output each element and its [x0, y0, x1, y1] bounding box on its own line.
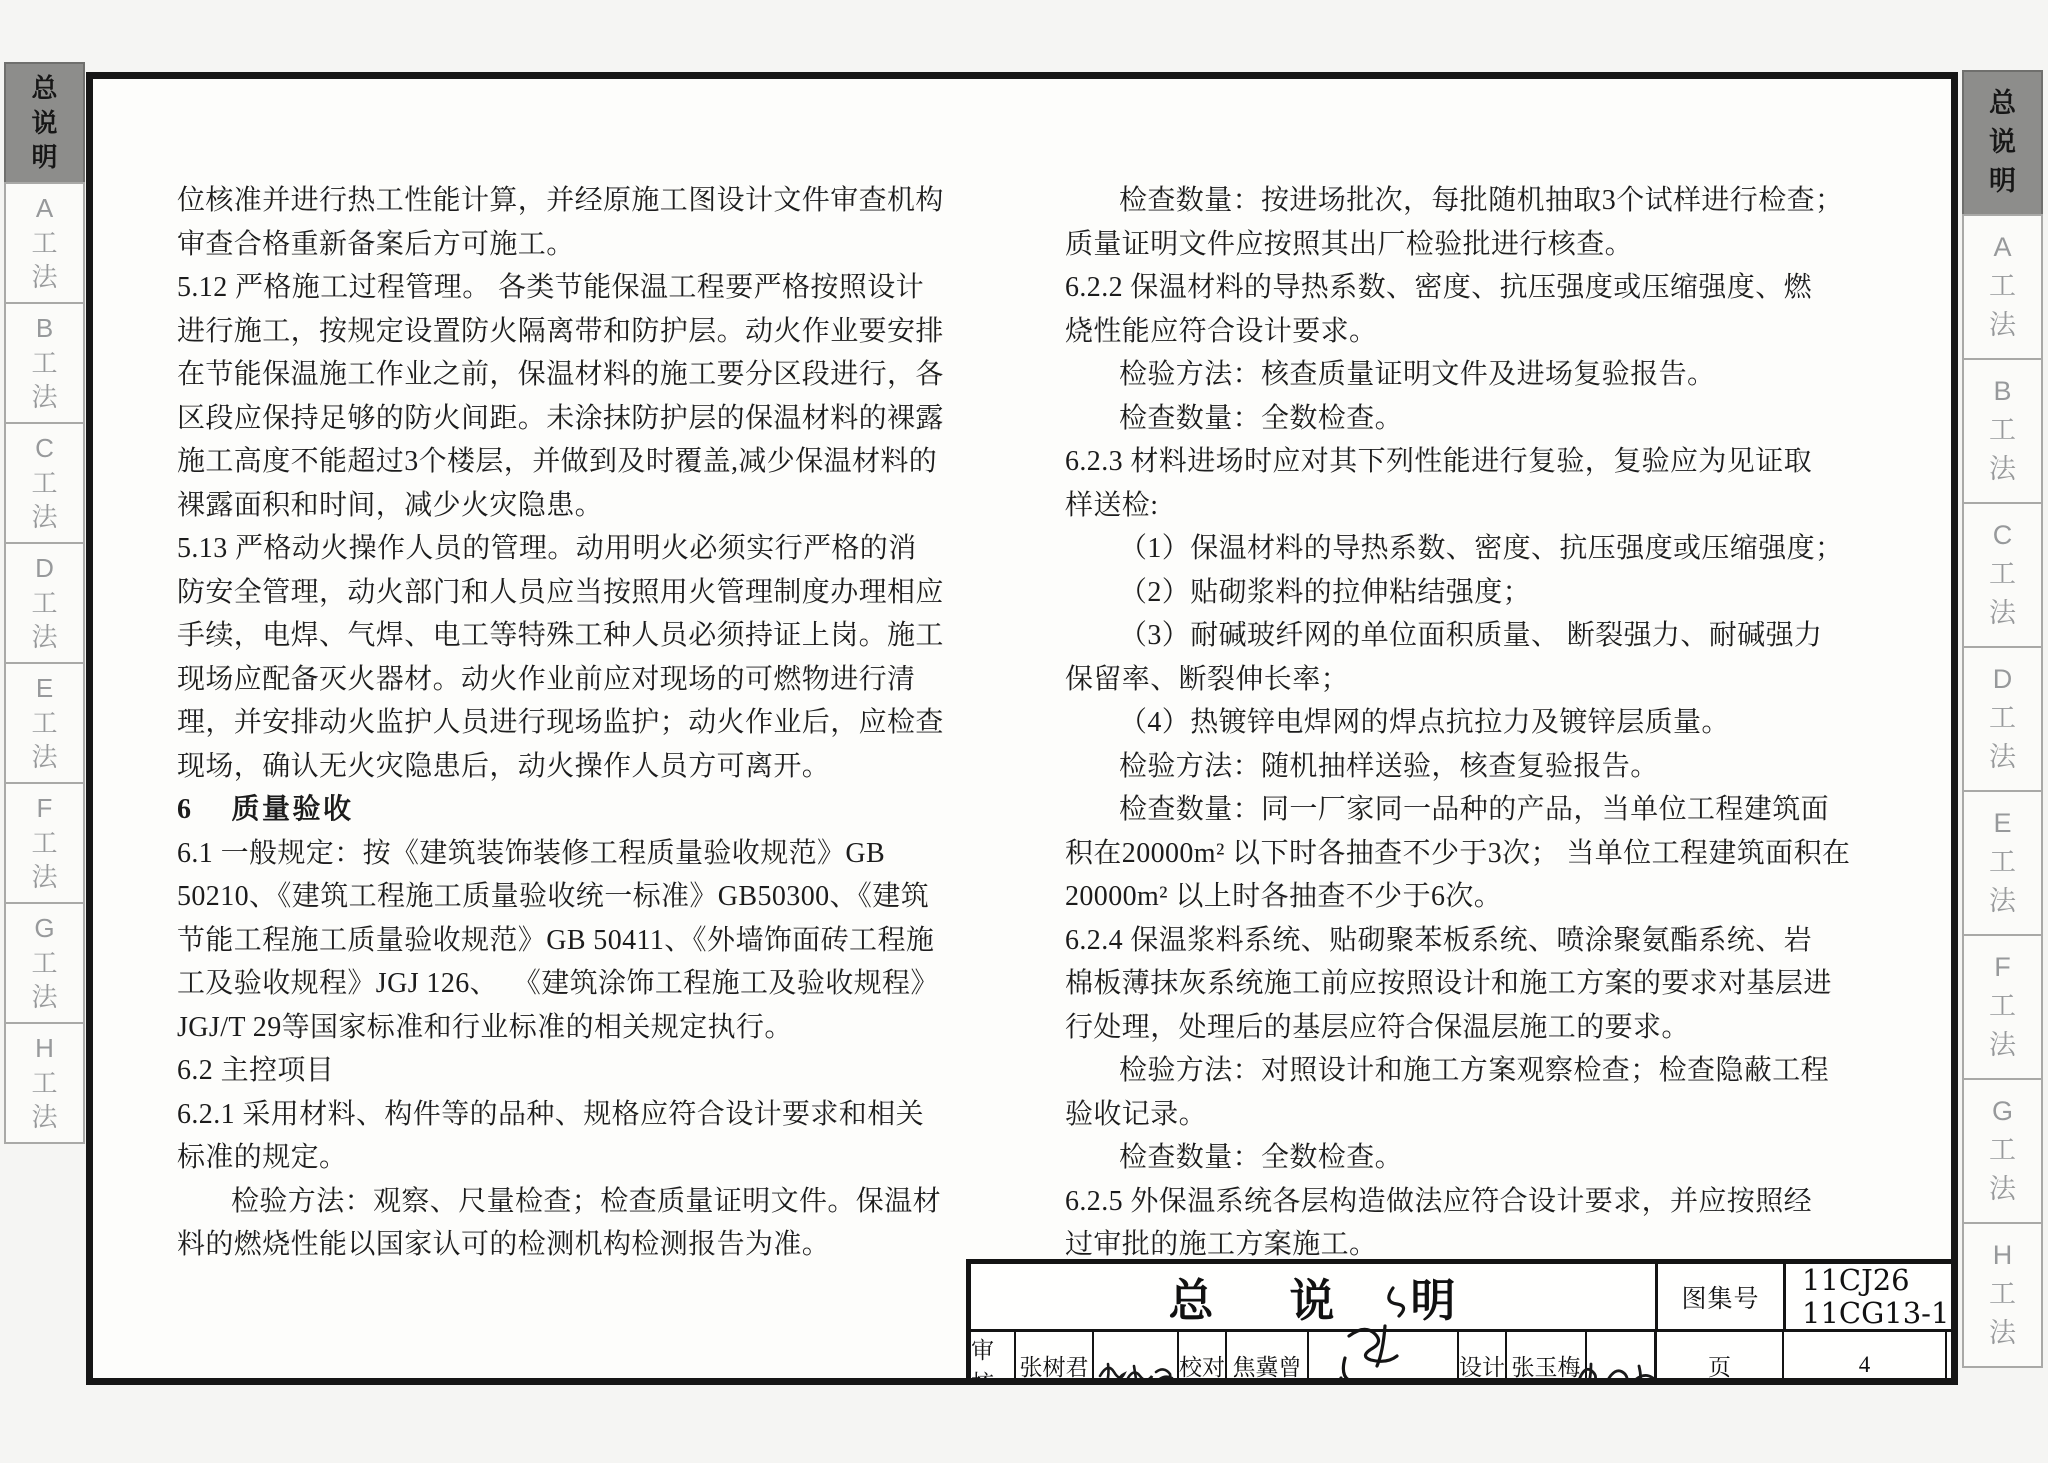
index-tab-char: 工 [31, 709, 57, 738]
index-tab-char: 工 [31, 829, 57, 858]
text-line: 检验方法：核查质量证明文件及进场复验报告。 [1065, 353, 1850, 397]
text-line: 检查数量：全数检查。 [1065, 1136, 1850, 1180]
text-line: （4）热镀锌电焊网的焊点抗拉力及镀锌层质量。 [1065, 701, 1850, 745]
proofreader-signature-cell [1309, 1332, 1459, 1385]
right-index-tab-strip: 总说明A工法B工法C工法D工法E工法F工法G工法H工法 [1962, 72, 2043, 1368]
text-line: 检验方法：对照设计和施工方案观察检查；检查隐蔽工程 [1065, 1049, 1850, 1093]
index-tab-A工法: A工法 [4, 182, 85, 304]
index-tab-char: H [1993, 1241, 2013, 1271]
index-tab-char: 总 [31, 74, 57, 103]
index-tab-B工法: B工法 [1962, 358, 2043, 504]
index-tab-char: 工 [31, 469, 57, 498]
index-tab-A工法: A工法 [1962, 214, 2043, 360]
index-tab-char: D [1993, 665, 2013, 695]
text-line: 行处理，处理后的基层应符合保温层施工的要求。 [1065, 1006, 1850, 1050]
text-line: 6.2.5 外保温系统各层构造做法应符合设计要求，并应按照经 [1065, 1180, 1850, 1224]
text-line: 手续，电焊、气焊、电工等特殊工种人员必须持证上岗。施工 [177, 614, 944, 658]
index-tab-char: C [1993, 521, 2013, 551]
index-tab-char: C [35, 434, 54, 463]
text-line: （3）耐碱玻纤网的单位面积质量、 断裂强力、耐碱强力 [1065, 614, 1850, 658]
index-tab-总说明: 总说明 [4, 62, 85, 184]
index-tab-char: 工 [1989, 1280, 2016, 1310]
index-tab-char: 法 [1989, 1319, 2016, 1349]
index-tab-F工法: F工法 [1962, 934, 2043, 1080]
text-line: 进行施工，按规定设置防火隔离带和防护层。动火作业要安排 [177, 310, 944, 354]
text-line: 区段应保持足够的防火间距。未涂抹防护层的保温材料的裸露 [177, 397, 944, 441]
text-line: 施工高度不能超过3个楼层，并做到及时覆盖,减少保温材料的 [177, 440, 944, 484]
designer-label: 设计 [1459, 1332, 1507, 1385]
index-tab-H工法: H工法 [4, 1022, 85, 1144]
atlas-number-value: 11CJ26 11CG13-1 [1786, 1264, 1951, 1329]
index-tab-char: 法 [1989, 1031, 2016, 1061]
text-line: 验收记录。 [1065, 1093, 1850, 1137]
index-tab-D工法: D工法 [1962, 646, 2043, 792]
text-line: 质量证明文件应按照其出厂检验批进行核查。 [1065, 223, 1850, 267]
text-line: 6.2.2 保温材料的导热系数、密度、抗压强度或压缩强度、燃 [1065, 266, 1850, 310]
index-tab-C工法: C工法 [1962, 502, 2043, 648]
text-line: 标准的规定。 [177, 1136, 944, 1180]
text-line: （1）保温材料的导热系数、密度、抗压强度或压缩强度； [1065, 527, 1850, 571]
text-line: 裸露面积和时间，减少火灾隐患。 [177, 484, 944, 528]
index-tab-char: 说 [1989, 128, 2016, 158]
index-tab-char: 明 [1989, 167, 2016, 197]
index-tab-D工法: D工法 [4, 542, 85, 664]
index-tab-总说明: 总说明 [1962, 70, 2043, 216]
index-tab-char: 法 [1989, 1175, 2016, 1205]
text-line: 料的燃烧性能以国家认可的检测机构检测报告为准。 [177, 1223, 944, 1267]
left-index-tab-strip: 总说明A工法B工法C工法D工法E工法F工法G工法H工法 [4, 64, 85, 1144]
text-line: （2）贴砌浆料的拉伸粘结强度； [1065, 571, 1850, 615]
right-text-column: 检查数量：按进场批次，每批随机抽取3个试样进行检查；质量证明文件应按照其出厂检验… [1065, 179, 1850, 1267]
index-tab-char: A [1993, 233, 2011, 263]
index-tab-char: 工 [1989, 416, 2016, 446]
index-tab-char: G [1992, 1097, 2013, 1127]
index-tab-char: 法 [1989, 887, 2016, 917]
index-tab-char: 法 [31, 263, 57, 292]
text-line: 6.2.1 采用材料、构件等的品种、规格应符合设计要求和相关 [177, 1093, 944, 1137]
index-tab-char: 法 [31, 743, 57, 772]
index-tab-char: F [1994, 953, 2011, 983]
index-tab-char: 法 [1989, 455, 2016, 485]
text-line: 积在20000m² 以下时各抽查不少于3次； 当单位工程建筑面积在 [1065, 832, 1850, 876]
index-tab-char: 说 [31, 109, 57, 138]
index-tab-char: 工 [31, 589, 57, 618]
index-tab-char: E [1993, 809, 2011, 839]
atlas-number-line1: 11CJ26 [1802, 1264, 1910, 1296]
text-line: 6.2 主控项目 [177, 1049, 944, 1093]
title-block-top-row: 总 说 明 图集号 11CJ26 11CG13-1 [971, 1264, 1951, 1332]
index-tab-B工法: B工法 [4, 302, 85, 424]
text-line: 检验方法：随机抽样送验，核查复验报告。 [1065, 745, 1850, 789]
index-tab-char: 法 [1989, 743, 2016, 773]
text-line: 现场应配备灭火器材。动火作业前应对现场的可燃物进行清 [177, 658, 944, 702]
page-label: 页 [1656, 1332, 1784, 1385]
index-tab-G工法: G工法 [4, 902, 85, 1024]
text-line: 6 质量验收 [177, 788, 944, 832]
text-line: 位核准并进行热工性能计算，并经原施工图设计文件审查机构 [177, 179, 944, 223]
proofreader-name: 焦冀曾 [1227, 1332, 1309, 1385]
reviewer-label: 审核 [971, 1332, 1016, 1385]
index-tab-char: 法 [31, 983, 57, 1012]
text-line: 在节能保温施工作业之前，保温材料的施工要分区段进行，各 [177, 353, 944, 397]
proofreader-signature [1301, 1282, 1451, 1385]
title-block: 总 说 明 图集号 11CJ26 11CG13-1 审核 张树君 校对 焦 [966, 1259, 1951, 1378]
left-text-column: 位核准并进行热工性能计算，并经原施工图设计文件审查机构审查合格重新备案后方可施工… [177, 179, 944, 1267]
text-line: 现场，确认无火灾隐患后，动火操作人员方可离开。 [177, 745, 944, 789]
index-tab-char: 工 [1989, 560, 2016, 590]
index-tab-E工法: E工法 [4, 662, 85, 784]
index-tab-char: F [37, 794, 53, 823]
text-line: 检查数量：按进场批次，每批随机抽取3个试样进行检查； [1065, 179, 1850, 223]
index-tab-char: 法 [1989, 599, 2016, 629]
index-tab-char: G [34, 914, 54, 943]
text-line: 烧性能应符合设计要求。 [1065, 310, 1850, 354]
text-line: 6.2.3 材料进场时应对其下列性能进行复验，复验应为见证取 [1065, 440, 1850, 484]
title-block-bottom-row: 审核 张树君 校对 焦冀曾 [971, 1332, 1951, 1385]
page-number: 4 [1784, 1332, 1947, 1385]
drawing-frame: 位核准并进行热工性能计算，并经原施工图设计文件审查机构审查合格重新备案后方可施工… [86, 72, 1958, 1385]
index-tab-char: 工 [31, 949, 57, 978]
text-line: 20000m² 以上时各抽查不少于6次。 [1065, 875, 1850, 919]
text-line: 检验方法：观察、尺量检查；检查质量证明文件。保温材 [177, 1180, 944, 1224]
index-tab-E工法: E工法 [1962, 790, 2043, 936]
text-line: 6.1 一般规定：按《建筑装饰装修工程质量验收规范》GB [177, 832, 944, 876]
index-tab-char: 工 [1989, 848, 2016, 878]
atlas-number-label: 图集号 [1658, 1264, 1786, 1329]
text-line: 棉板薄抹灰系统施工前应按照设计和施工方案的要求对基层进 [1065, 962, 1850, 1006]
text-line: 节能工程施工质量验收规范》GB 50411、《外墙饰面砖工程施 [177, 919, 944, 963]
index-tab-char: 明 [31, 143, 57, 172]
index-tab-C工法: C工法 [4, 422, 85, 544]
index-tab-F工法: F工法 [4, 782, 85, 904]
index-tab-char: 法 [31, 503, 57, 532]
text-line: JGJ/T 29等国家标准和行业标准的相关规定执行。 [177, 1006, 944, 1050]
index-tab-char: 工 [1989, 1136, 2016, 1166]
text-line: 检查数量：全数检查。 [1065, 397, 1850, 441]
reviewer-name: 张树君 [1016, 1332, 1094, 1385]
index-tab-char: 法 [31, 623, 57, 652]
index-tab-char: 法 [31, 383, 57, 412]
text-line: 50210、《建筑工程施工质量验收统一标准》GB50300、《建筑 [177, 875, 944, 919]
index-tab-G工法: G工法 [1962, 1078, 2043, 1224]
index-tab-char: 工 [31, 1069, 57, 1098]
reviewer-signature-cell [1094, 1332, 1179, 1385]
index-tab-char: 工 [1989, 272, 2016, 302]
atlas-number-line2: 11CG13-1 [1802, 1297, 1949, 1329]
reviewer-signature [1094, 1354, 1179, 1385]
index-tab-char: D [35, 554, 54, 583]
index-tab-char: B [1993, 377, 2011, 407]
index-tab-char: 法 [31, 1103, 57, 1132]
index-tab-char: 工 [1989, 992, 2016, 1022]
text-line: 保留率、断裂伸长率； [1065, 658, 1850, 702]
text-line: 防安全管理，动火部门和人员应当按照用火管理制度办理相应 [177, 571, 944, 615]
text-line: 理，并安排动火监护人员进行现场监护；动火作业后，应检查 [177, 701, 944, 745]
designer-signature-cell [1587, 1332, 1656, 1385]
proofreader-label: 校对 [1179, 1332, 1227, 1385]
designer-signature [1573, 1350, 1668, 1385]
text-line: 样送检: [1065, 484, 1850, 528]
text-line: 审查合格重新备案后方可施工。 [177, 223, 944, 267]
text-line: 5.13 严格动火操作人员的管理。动用明火必须实行严格的消 [177, 527, 944, 571]
index-tab-char: 法 [1989, 311, 2016, 341]
text-line: 5.12 严格施工过程管理。 各类节能保温工程要严格按照设计 [177, 266, 944, 310]
index-tab-char: B [36, 314, 53, 343]
index-tab-char: 工 [1989, 704, 2016, 734]
text-line: 检查数量：同一厂家同一品种的产品，当单位工程建筑面 [1065, 788, 1850, 832]
text-line: 工及验收规程》JGJ 126、 《建筑涂饰工程施工及验收规程》 [177, 962, 944, 1006]
index-tab-char: 总 [1989, 89, 2016, 119]
index-tab-char: 法 [31, 863, 57, 892]
index-tab-char: E [36, 674, 53, 703]
index-tab-char: H [35, 1034, 54, 1063]
index-tab-H工法: H工法 [1962, 1222, 2043, 1368]
index-tab-char: 工 [31, 229, 57, 258]
text-line: 6.2.4 保温浆料系统、贴砌聚苯板系统、喷涂聚氨酯系统、岩 [1065, 919, 1850, 963]
index-tab-char: 工 [31, 349, 57, 378]
index-tab-char: A [36, 194, 53, 223]
